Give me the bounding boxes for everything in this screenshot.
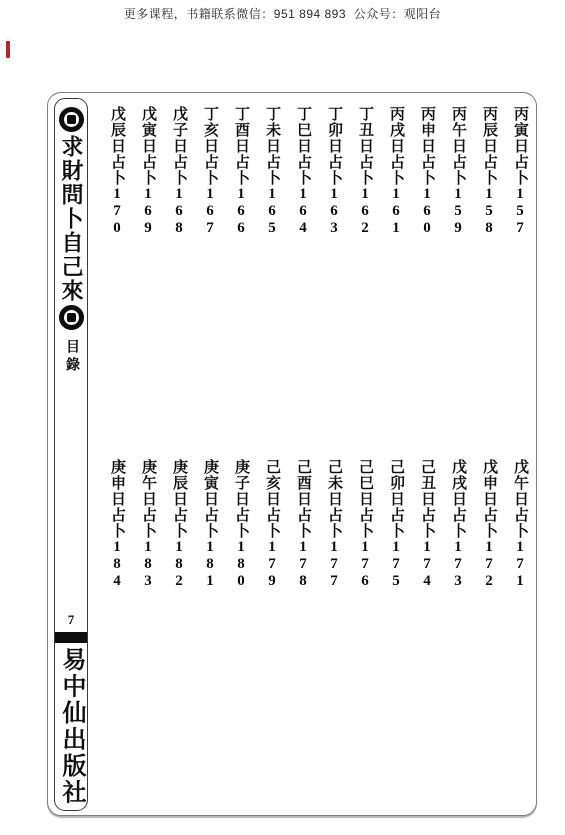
toc-entry: 丙戌日占卜161 — [388, 106, 404, 260]
toc-entry: 丁未日占卜165 — [264, 106, 280, 260]
toc-heading: 目錄 — [61, 339, 81, 375]
header-contact-text: 更多课程，书籍联系微信：951 894 893 公众号：观阳台 — [0, 5, 565, 22]
toc-entry: 丁酉日占卜166 — [233, 106, 249, 260]
toc-entry: 庚午日占卜183 — [140, 459, 156, 613]
toc-entry: 己亥日占卜179 — [264, 459, 280, 613]
toc-entry: 庚辰日占卜182 — [171, 459, 187, 613]
toc-entry: 丁亥日占卜167 — [202, 106, 218, 260]
toc-entry: 己未日占卜177 — [326, 459, 342, 613]
book-page: 求財問卜自己來 目錄 7 易中仙出版社 丙寅日占卜157丙辰日占卜158丙午日占… — [47, 92, 537, 816]
toc-top-block: 丙寅日占卜157丙辰日占卜158丙午日占卜159丙申日占卜160丙戌日占卜161… — [109, 106, 528, 260]
toc-entry: 戊午日占卜171 — [512, 459, 528, 613]
coin-core-icon — [67, 115, 76, 124]
toc-entry: 丁巳日占卜164 — [295, 106, 311, 260]
coin-bullseye-icon — [59, 305, 84, 330]
toc-entry: 戊寅日占卜169 — [140, 106, 156, 260]
publisher-name: 易中仙出版社 — [56, 647, 86, 806]
toc-bottom-block: 戊午日占卜171戊申日占卜172戊戌日占卜173己丑日占卜174己卯日占卜175… — [109, 459, 528, 613]
toc-entry: 丁丑日占卜162 — [357, 106, 373, 260]
toc-entry: 戊戌日占卜173 — [450, 459, 466, 613]
toc-entry: 丙申日占卜160 — [419, 106, 435, 260]
toc-entry: 丙辰日占卜158 — [481, 106, 497, 260]
coin-bullseye-icon — [59, 107, 84, 132]
toc-entry: 丁卯日占卜163 — [326, 106, 342, 260]
toc-entry: 庚寅日占卜181 — [202, 459, 218, 613]
book-title: 求財問卜自己來 — [57, 135, 85, 303]
toc-entry: 戊子日占卜168 — [171, 106, 187, 260]
toc-entry: 己酉日占卜178 — [295, 459, 311, 613]
toc-entry: 戊辰日占卜170 — [109, 106, 125, 260]
toc-entry: 戊申日占卜172 — [481, 459, 497, 613]
sidebar-title-strip: 求財問卜自己來 目錄 7 易中仙出版社 — [54, 98, 88, 811]
toc-entry: 丙寅日占卜157 — [512, 106, 528, 260]
toc-entry: 己卯日占卜175 — [388, 459, 404, 613]
toc-entry: 丙午日占卜159 — [450, 106, 466, 260]
toc-entry: 庚申日占卜184 — [109, 459, 125, 613]
red-mark — [6, 41, 10, 58]
toc-entry: 己丑日占卜174 — [419, 459, 435, 613]
toc-entry: 己巳日占卜176 — [357, 459, 373, 613]
page-number: 7 — [68, 613, 75, 627]
coin-core-icon — [67, 313, 76, 322]
toc-entry: 庚子日占卜180 — [233, 459, 249, 613]
ink-bar-divider — [55, 632, 87, 643]
